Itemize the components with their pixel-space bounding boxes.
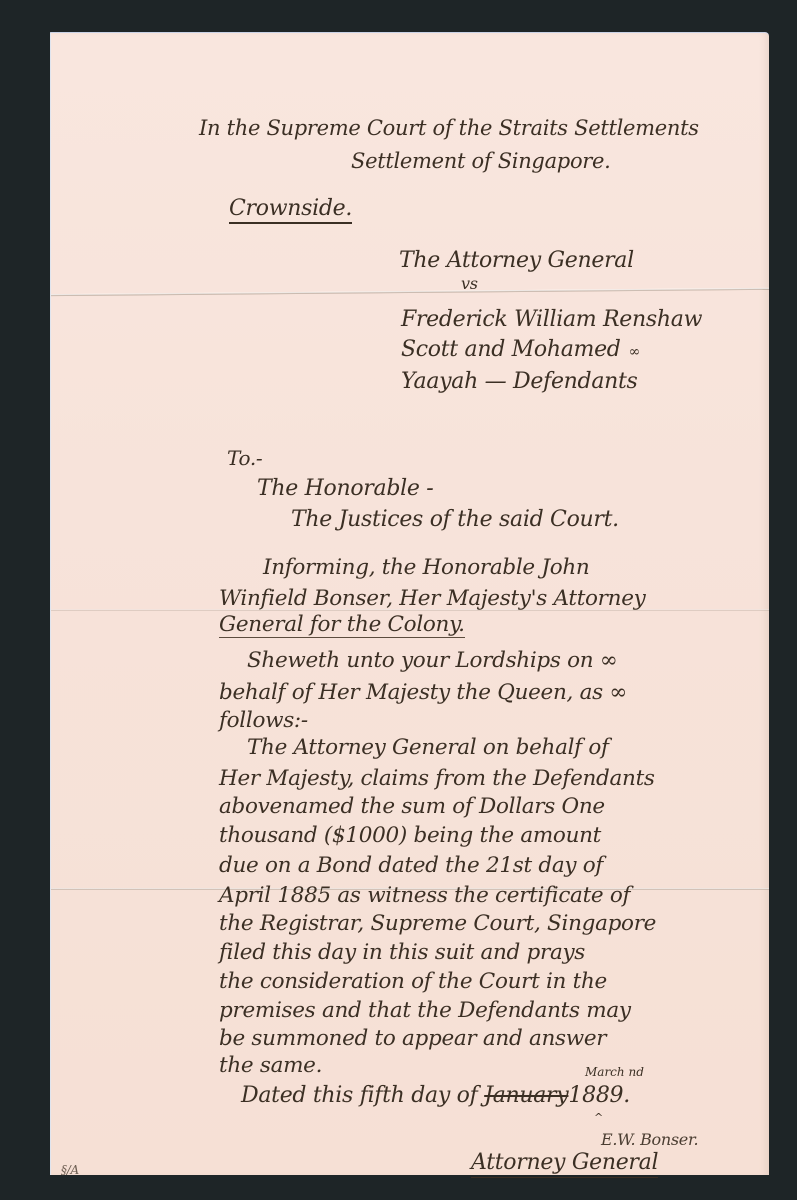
body-line: the Registrar, Supreme Court, Singapore [219, 909, 656, 939]
insertion-caret: ^ [594, 1111, 603, 1124]
body-line: Winfield Bonser, Her Majesty's Attorney [219, 584, 645, 614]
defendants-line3: Yaayah — Defendants [401, 367, 638, 397]
body-line: General for the Colony. [219, 613, 465, 638]
signature-title: Attorney General [471, 1149, 658, 1178]
body-line: filed this day in this suit and prays [219, 938, 585, 968]
body-line: due on a Bond dated the 21st day of [219, 851, 603, 881]
dated-prefix: Dated this fifth day of [241, 1083, 477, 1108]
body-line: be summoned to appear and answer [219, 1024, 606, 1054]
body-line: behalf of Her Majesty the Queen, as ∞ [219, 678, 627, 708]
document-page: In the Supreme Court of the Straits Sett… [50, 32, 769, 1175]
fold-crease [51, 288, 769, 296]
addressee-line2: The Justices of the said Court. [291, 505, 619, 535]
court-heading-line2: Settlement of Singapore. [351, 146, 611, 176]
defendants-line2: Scott and Mohamed∞ [401, 335, 640, 367]
crownside-label: Crownside. [229, 196, 352, 224]
dated-line: Dated this fifth day of January1889. [241, 1081, 630, 1111]
dated-year: 1889. [568, 1083, 629, 1108]
folio-mark: §/A [61, 1155, 79, 1185]
body-line: abovenamed the sum of Dollars One [219, 792, 605, 822]
body-line: Her Majesty, claims from the Defendants [219, 764, 655, 794]
versus-mark: vs [461, 269, 478, 299]
body-line: the consideration of the Court in the [219, 967, 607, 997]
inserted-month-text: March [585, 1065, 625, 1079]
inserted-month: March nd [585, 1065, 644, 1079]
inserted-suffix: nd [628, 1065, 643, 1079]
body-line: Informing, the Honorable John [263, 553, 589, 583]
addressee-to: To.- [227, 443, 262, 473]
struck-month: January [484, 1083, 568, 1108]
body-line: the same. [219, 1051, 322, 1081]
defendants-line1: Frederick William Renshaw [401, 305, 702, 335]
body-line: The Attorney General on behalf of [247, 733, 609, 763]
body-line: follows:- [219, 706, 308, 736]
court-heading-line1: In the Supreme Court of the Straits Sett… [199, 113, 699, 143]
body-line: Sheweth unto your Lordships on ∞ [247, 646, 618, 676]
addressee-line1: The Honorable - [257, 474, 433, 504]
line-filler-mark: ∞ [629, 344, 640, 360]
body-line: premises and that the Defendants may [219, 996, 631, 1026]
body-line: thousand ($1000) being the amount [219, 821, 601, 851]
plaintiff-name: The Attorney General [399, 246, 634, 276]
defendants-line2-text: Scott and Mohamed [401, 337, 621, 362]
body-line: April 1885 as witness the certificate of [219, 881, 630, 911]
